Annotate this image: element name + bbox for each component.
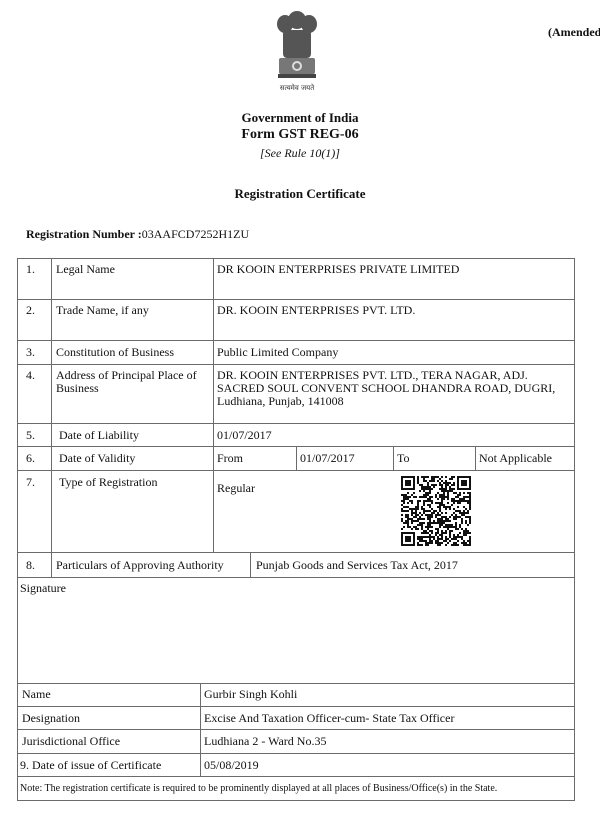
validity-to-value: Not Applicable xyxy=(479,452,552,465)
qr-code-icon xyxy=(401,476,471,546)
divider xyxy=(393,446,394,470)
divider xyxy=(250,552,251,577)
ashoka-emblem-icon: सत्यमेव जयते xyxy=(271,2,323,94)
address-label: Address of Principal Place of Business xyxy=(56,369,206,395)
divider xyxy=(17,706,575,707)
validity-to-label: To xyxy=(397,452,410,465)
signature-label: Signature xyxy=(20,582,66,595)
divider xyxy=(17,470,575,471)
divider xyxy=(17,800,575,801)
row-number: 2. xyxy=(26,304,35,317)
row-number: 6. xyxy=(26,452,35,465)
divider xyxy=(17,552,575,553)
registration-type-label: Type of Registration xyxy=(59,476,157,489)
address-value: DR. KOOIN ENTERPRISES PVT. LTD., TERA NA… xyxy=(217,369,567,408)
registration-type-value: Regular xyxy=(217,482,255,495)
trade-name-label: Trade Name, if any xyxy=(56,304,149,317)
divider xyxy=(17,683,575,684)
designation-label: Designation xyxy=(22,712,80,725)
divider xyxy=(17,776,575,777)
divider xyxy=(51,258,52,577)
officer-name-label: Name xyxy=(22,688,51,701)
row-number: 3. xyxy=(26,346,35,359)
divider xyxy=(213,258,214,552)
liability-date-value: 01/07/2017 xyxy=(217,429,272,442)
jurisdictional-office-label: Jurisdictional Office xyxy=(22,735,120,748)
divider xyxy=(17,753,575,754)
amended-label: (Amended xyxy=(548,25,600,40)
validity-label: Date of Validity xyxy=(59,452,135,465)
liability-date-label: Date of Liability xyxy=(59,429,139,442)
row-number: 8. xyxy=(26,559,35,572)
form-title: Form GST REG-06 xyxy=(0,127,600,143)
svg-text:सत्यमेव जयते: सत्यमेव जयते xyxy=(280,83,315,92)
constitution-label: Constitution of Business xyxy=(56,346,174,359)
constitution-value: Public Limited Company xyxy=(217,346,338,359)
legal-name-label: Legal Name xyxy=(56,263,115,276)
rule-reference: [See Rule 10(1)] xyxy=(0,146,600,161)
divider xyxy=(17,258,575,259)
legal-name-value: DR KOOIN ENTERPRISES PRIVATE LIMITED xyxy=(217,263,459,276)
divider xyxy=(296,446,297,470)
row-number: 7. xyxy=(26,476,35,489)
registration-number: Registration Number :03AAFCD7252H1ZU xyxy=(26,227,249,242)
issue-date-value: 05/08/2019 xyxy=(204,759,259,772)
divider xyxy=(475,446,476,470)
display-note: Note: The registration certificate is re… xyxy=(20,783,497,794)
government-heading: Government of India xyxy=(0,110,600,126)
row-number: 1. xyxy=(26,263,35,276)
approving-authority-value: Punjab Goods and Services Tax Act, 2017 xyxy=(256,559,458,572)
officer-name-value: Gurbir Singh Kohli xyxy=(204,688,297,701)
registration-number-label: Registration Number : xyxy=(26,227,142,241)
certificate-title: Registration Certificate xyxy=(0,186,600,202)
registration-number-value: 03AAFCD7252H1ZU xyxy=(142,227,249,241)
validity-from-label: From xyxy=(217,452,243,465)
jurisdictional-office-value: Ludhiana 2 - Ward No.35 xyxy=(204,735,326,748)
issue-date-label: 9. Date of issue of Certificate xyxy=(20,759,161,772)
divider xyxy=(17,423,575,424)
divider xyxy=(17,364,575,365)
row-number: 4. xyxy=(26,369,35,382)
divider xyxy=(17,729,575,730)
designation-value: Excise And Taxation Officer-cum- State T… xyxy=(204,712,454,725)
divider xyxy=(17,340,575,341)
trade-name-value: DR. KOOIN ENTERPRISES PVT. LTD. xyxy=(217,304,415,317)
validity-from-value: 01/07/2017 xyxy=(300,452,355,465)
approving-authority-label: Particulars of Approving Authority xyxy=(56,559,224,572)
divider xyxy=(17,299,575,300)
divider xyxy=(200,683,201,776)
divider xyxy=(17,577,575,578)
row-number: 5. xyxy=(26,429,35,442)
